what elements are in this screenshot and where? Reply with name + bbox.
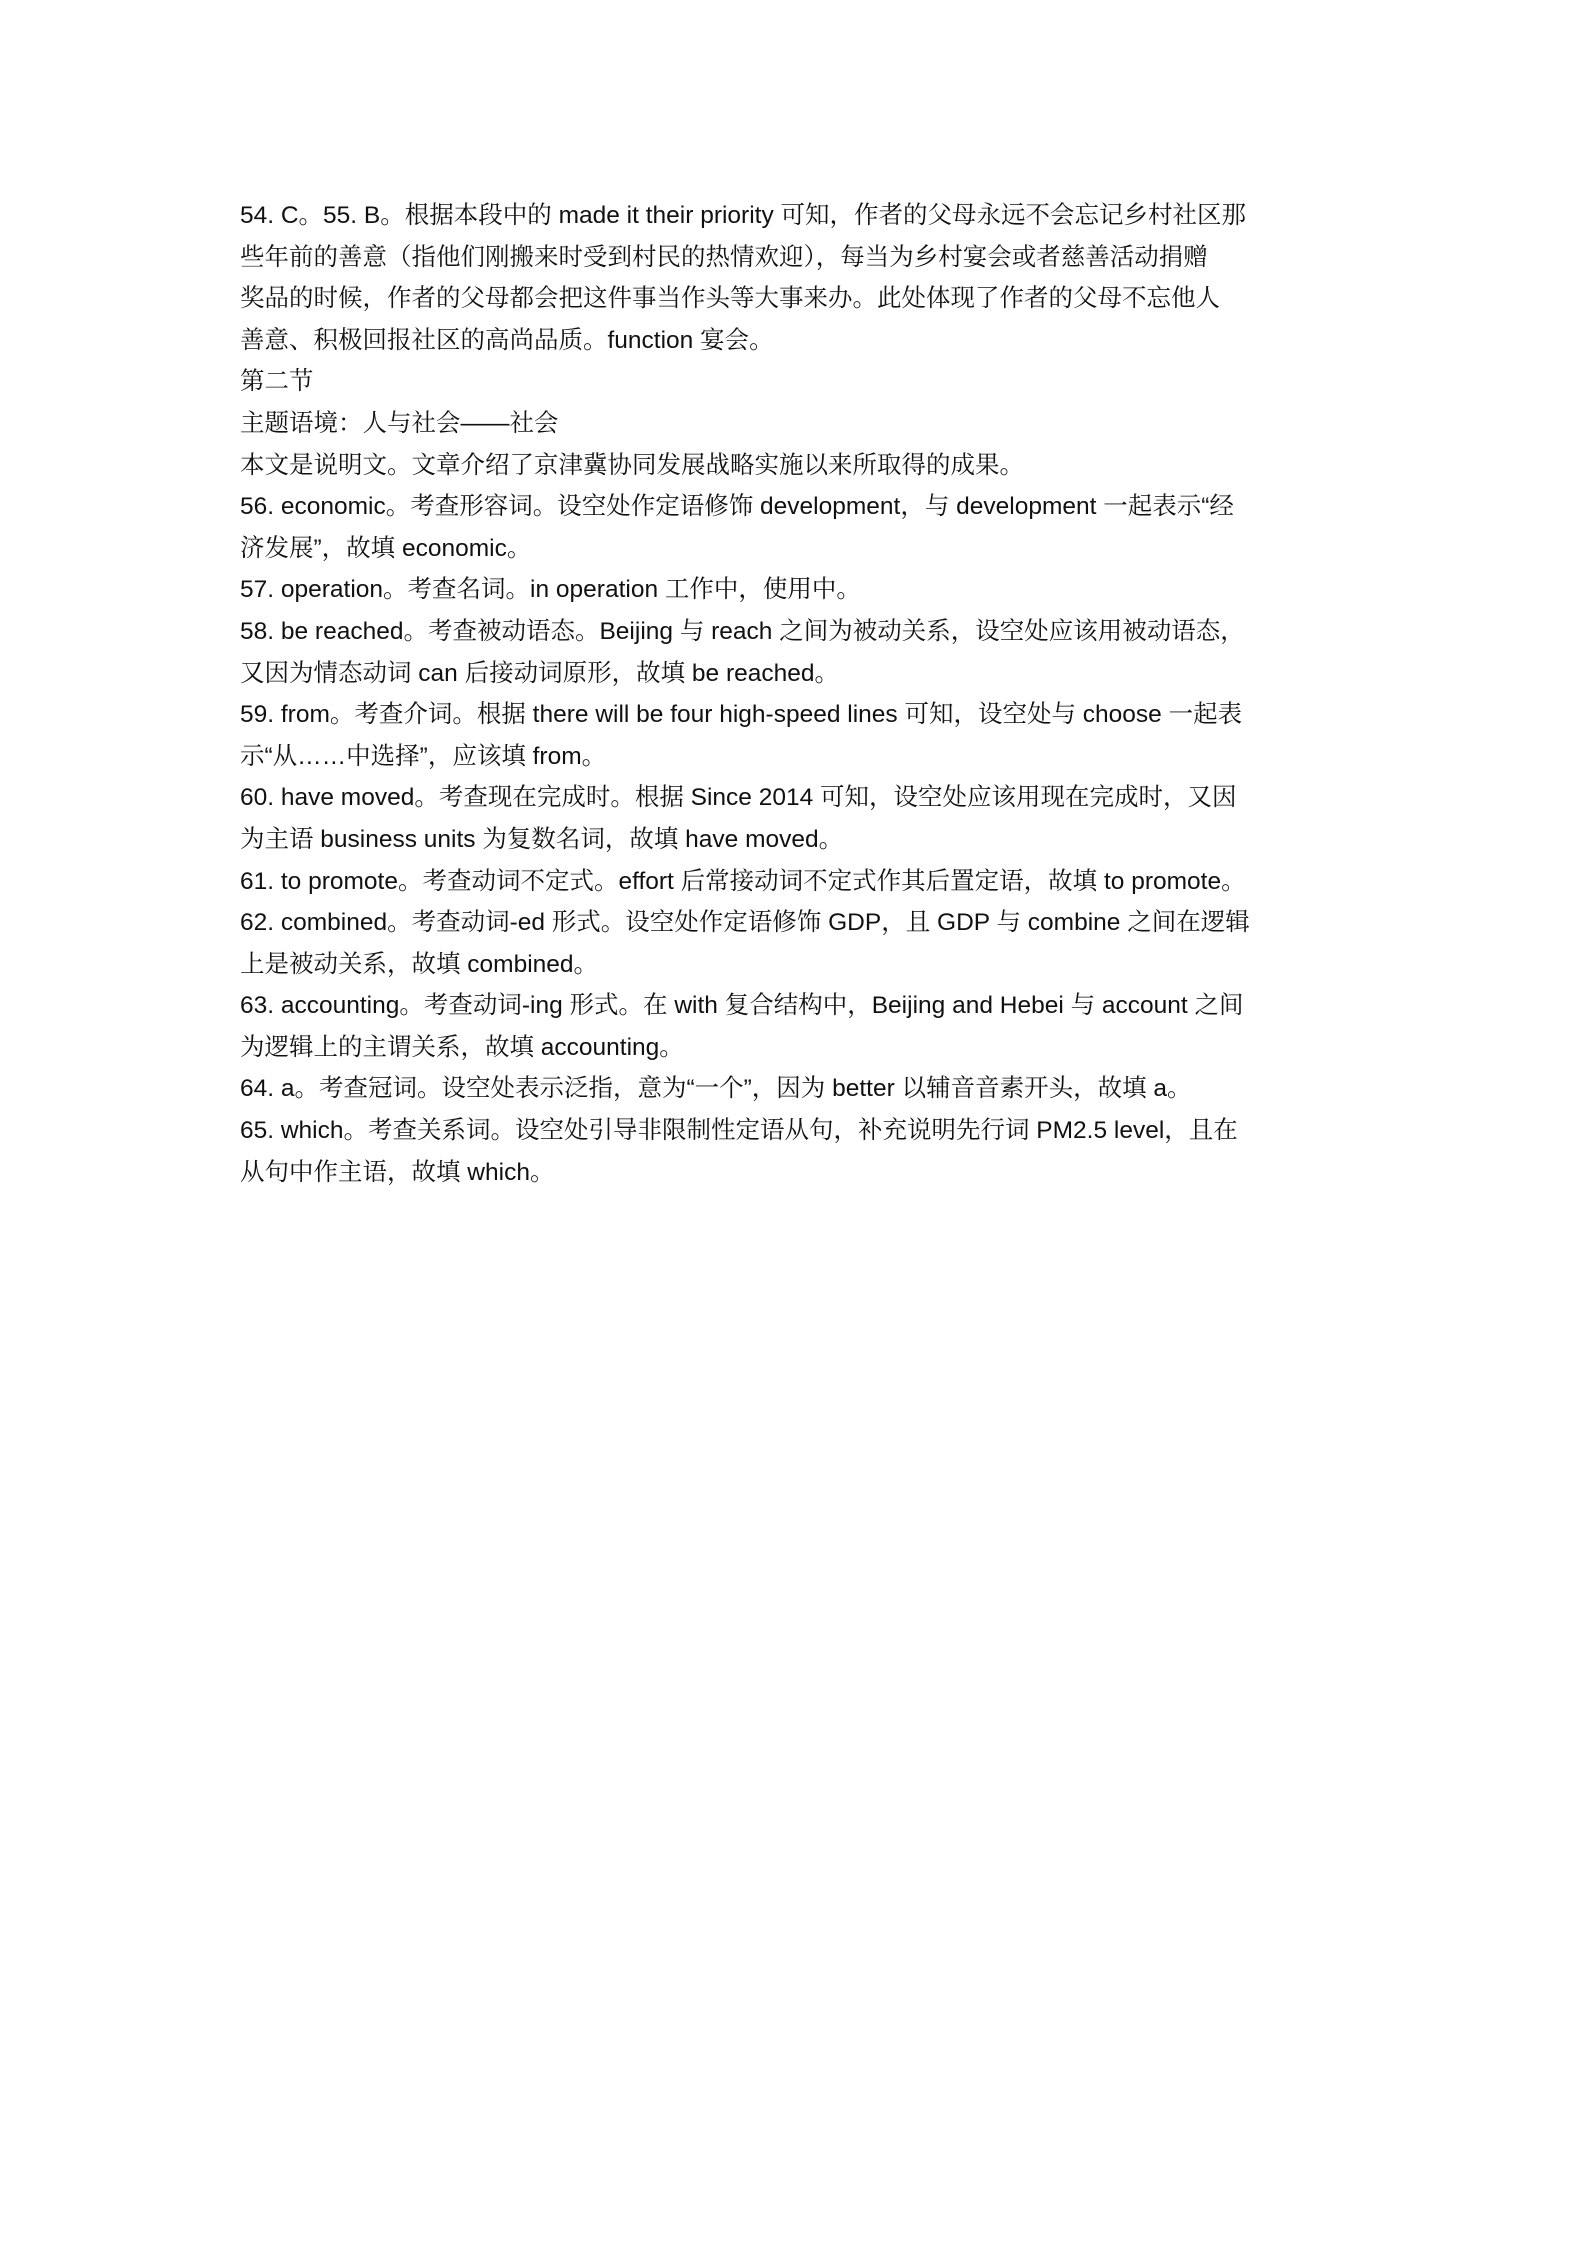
- answer-explanation-document: 54. C。55. B。根据本段中的 made it their priorit…: [240, 195, 1360, 1193]
- text-line-q65-2: 从句中作主语，故填 which。: [240, 1152, 1360, 1194]
- text-line-q59-2: 示“从……中选择”，应该填 from。: [240, 736, 1360, 778]
- text-line-q63-1: 63. accounting。考查动词-ing 形式。在 with 复合结构中，…: [240, 985, 1360, 1027]
- passage-summary: 本文是说明文。文章介绍了京津冀协同发展战略实施以来所取得的成果。: [240, 445, 1360, 487]
- text-line-q62-1: 62. combined。考查动词-ed 形式。设空处作定语修饰 GDP，且 G…: [240, 902, 1360, 944]
- text-line-q64: 64. a。考查冠词。设空处表示泛指，意为“一个”，因为 better 以辅音音…: [240, 1068, 1360, 1110]
- text-line-q57: 57. operation。考查名词。in operation 工作中，使用中。: [240, 569, 1360, 611]
- text-line-q54-55-1: 54. C。55. B。根据本段中的 made it their priorit…: [240, 195, 1360, 237]
- text-line-q54-55-3: 奖品的时候，作者的父母都会把这件事当作头等大事来办。此处体现了作者的父母不忘他人: [240, 278, 1360, 320]
- text-line-q60-2: 为主语 business units 为复数名词，故填 have moved。: [240, 819, 1360, 861]
- text-line-q58-2: 又因为情态动词 can 后接动词原形，故填 be reached。: [240, 653, 1360, 695]
- text-line-q60-1: 60. have moved。考查现在完成时。根据 Since 2014 可知，…: [240, 777, 1360, 819]
- text-line-q63-2: 为逻辑上的主谓关系，故填 accounting。: [240, 1027, 1360, 1069]
- section-heading: 第二节: [240, 361, 1360, 403]
- text-line-q65-1: 65. which。考查关系词。设空处引导非限制性定语从句，补充说明先行词 PM…: [240, 1110, 1360, 1152]
- text-line-q54-55-4: 善意、积极回报社区的高尚品质。function 宴会。: [240, 320, 1360, 362]
- text-line-q56-1: 56. economic。考查形容词。设空处作定语修饰 development，…: [240, 486, 1360, 528]
- text-line-q54-55-2: 些年前的善意（指他们刚搬来时受到村民的热情欢迎），每当为乡村宴会或者慈善活动捐赠: [240, 237, 1360, 279]
- text-line-q58-1: 58. be reached。考查被动语态。Beijing 与 reach 之间…: [240, 611, 1360, 653]
- text-line-q61: 61. to promote。考查动词不定式。effort 后常接动词不定式作其…: [240, 861, 1360, 903]
- text-line-q59-1: 59. from。考查介词。根据 there will be four high…: [240, 694, 1360, 736]
- theme-context: 主题语境：人与社会——社会: [240, 403, 1360, 445]
- text-line-q62-2: 上是被动关系，故填 combined。: [240, 944, 1360, 986]
- text-line-q56-2: 济发展”，故填 economic。: [240, 528, 1360, 570]
